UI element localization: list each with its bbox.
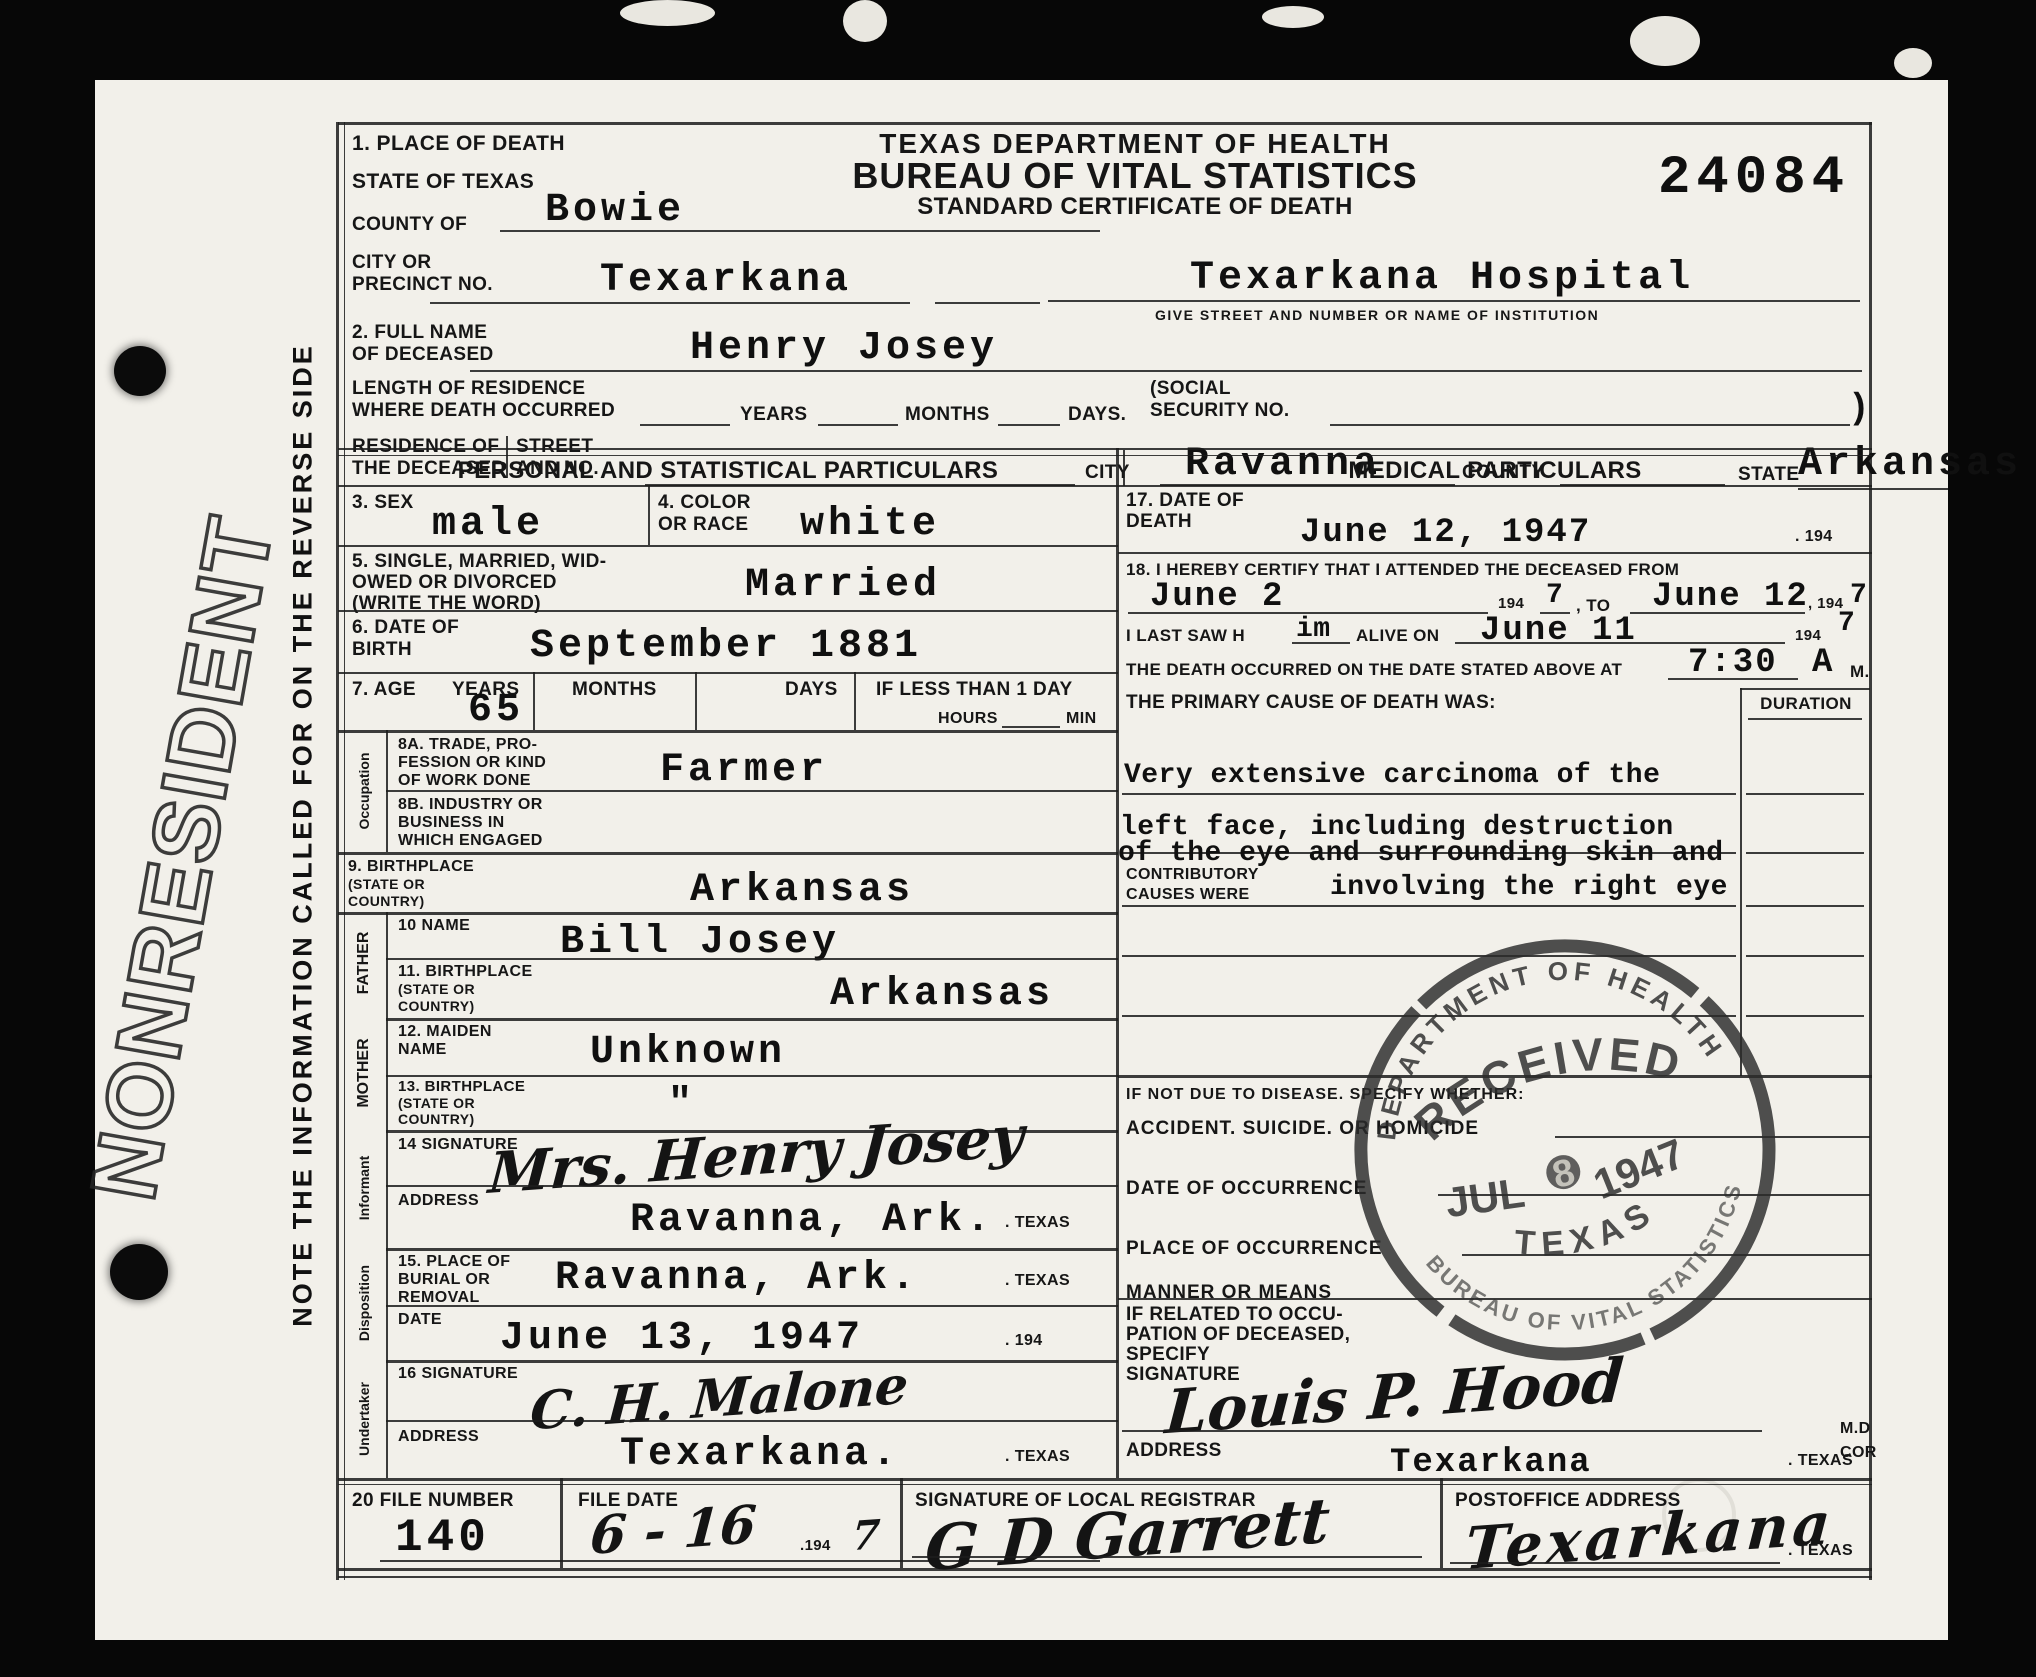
scan-smudge — [843, 0, 887, 42]
disposition-side-label: Disposition — [356, 1265, 372, 1341]
rule — [1292, 642, 1350, 644]
undertaker-addr-label: ADDRESS — [398, 1428, 479, 1446]
rule — [1462, 1254, 1870, 1256]
age-months-label: MONTHS — [572, 679, 657, 700]
form-border-top — [338, 122, 1872, 125]
ifnot-label: IF NOT DUE TO DISEASE. SPECIFY WHETHER: — [1126, 1086, 1524, 1104]
time-value: 7:30 — [1688, 644, 1778, 682]
occurred-label: THE DEATH OCCURRED ON THE DATE STATED AB… — [1126, 660, 1622, 679]
rule — [1122, 1015, 1736, 1017]
marital-label2: OWED OR DIVORCED — [352, 572, 557, 593]
contributory-label1: CONTRIBUTORY — [1126, 866, 1259, 884]
accident-label: ACCIDENT. SUICIDE. OR HOMICIDE — [1126, 1118, 1479, 1139]
footer-top-rule — [338, 1478, 1872, 1481]
year1-pre: 194 — [1498, 596, 1524, 613]
dod-label1: 17. DATE OF — [1126, 490, 1244, 511]
social-label2: SECURITY NO. — [1150, 400, 1290, 421]
primary-cause-label: THE PRIMARY CAUSE OF DEATH WAS: — [1126, 692, 1496, 713]
mother-bp-label3: COUNTRY) — [398, 1112, 475, 1128]
rule — [1122, 905, 1736, 907]
if-less-label: IF LESS THAN 1 DAY — [876, 679, 1073, 700]
form-border-bottom2 — [338, 1576, 1872, 1578]
rule — [338, 912, 1118, 915]
reverse-side-note: NOTE THE INFORMATION CALLED FOR ON THE R… — [288, 343, 319, 1327]
punch-hole — [110, 1244, 168, 1300]
res-state-rule — [1798, 488, 1948, 490]
attended-to-value: June 12 — [1652, 578, 1809, 616]
industry-label3: WHICH ENGAGED — [398, 832, 543, 850]
birthplace-label3: COUNTRY) — [348, 894, 425, 910]
m-label: M. — [1850, 662, 1870, 681]
rule — [1122, 955, 1736, 957]
informant-side-label: Informant — [356, 1156, 372, 1221]
burial-suffix: . TEXAS — [1005, 1272, 1070, 1290]
county-value: Bowie — [545, 188, 685, 233]
last-seen-value: June 11 — [1480, 612, 1637, 650]
days-rule — [998, 424, 1060, 426]
year3-value: 7 — [1838, 608, 1855, 639]
cause-line4: involving the right eye — [1330, 872, 1728, 903]
rule — [1668, 678, 1798, 680]
certificate-number: 24084 — [1658, 148, 1850, 209]
duration-rule — [1746, 905, 1864, 907]
section-title-personal: PERSONAL AND STATISTICAL PARTICULARS — [458, 458, 999, 485]
burial-label1: 15. PLACE OF — [398, 1253, 510, 1271]
related-label2: PATION OF DECEASED, — [1126, 1324, 1350, 1345]
sex-color-divider — [648, 485, 650, 545]
age-label: 7. AGE — [352, 679, 416, 700]
rule — [912, 1556, 1422, 1558]
duration-rule — [1746, 852, 1864, 854]
birth-label2: BIRTH — [352, 639, 412, 660]
maiden-value: Unknown — [590, 1030, 786, 1075]
months-label: MONTHS — [905, 404, 990, 425]
maiden-label2: NAME — [398, 1041, 447, 1059]
postoffice-suffix: . TEXAS — [1788, 1542, 1853, 1560]
social-rule — [1330, 424, 1850, 426]
social-paren: ) — [1848, 388, 1874, 429]
contributory-label2: CAUSES WERE — [1126, 886, 1250, 904]
rule — [338, 730, 1118, 733]
min-label: MIN — [1066, 710, 1097, 728]
year1-value: 7 — [1546, 580, 1563, 611]
physician-addr-label: ADDRESS — [1126, 1440, 1222, 1461]
related-label3: SPECIFY — [1126, 1344, 1210, 1365]
footer-divider — [1440, 1478, 1443, 1568]
undertaker-side-label: Undertaker — [356, 1382, 372, 1456]
cause-line3: of the eye and surrounding skin and — [1118, 838, 1724, 869]
md-label: M.D — [1840, 1420, 1871, 1438]
duration-box-left — [1740, 688, 1742, 1076]
undertaker-addr-suffix: . TEXAS — [1005, 1448, 1070, 1466]
date-occurrence-label: DATE OF OCCURRENCE — [1126, 1178, 1367, 1199]
scanned-death-certificate: NONRESIDENT NOTE THE INFORMATION CALLED … — [0, 0, 2036, 1677]
duration-rule — [1746, 1015, 1864, 1017]
place-occurrence-label: PLACE OF OCCURRENCE — [1126, 1238, 1383, 1259]
age-divider2 — [695, 672, 697, 730]
birth-label1: 6. DATE OF — [352, 617, 459, 638]
column-divider2 — [1123, 450, 1125, 486]
color-value: white — [800, 502, 940, 547]
dod-label2: DEATH — [1126, 511, 1192, 532]
rule — [386, 1305, 1118, 1307]
age-days-label: DAYS — [785, 679, 838, 700]
scan-smudge — [1894, 48, 1932, 78]
file-number-label: 20 FILE NUMBER — [352, 1490, 514, 1511]
file-date-year: 7 — [850, 1511, 881, 1560]
rule — [386, 1360, 1118, 1363]
attended-from-value: June 2 — [1150, 578, 1284, 616]
rule — [1118, 552, 1872, 554]
length-res-label2: WHERE DEATH OCCURRED — [352, 400, 615, 421]
bureau-header: BUREAU OF VITAL STATISTICS — [852, 156, 1417, 196]
file-date-year-pre: .194 — [800, 1538, 831, 1555]
industry-label1: 8B. INDUSTRY OR — [398, 796, 543, 814]
rule — [1555, 1136, 1870, 1138]
years-label: YEARS — [740, 404, 807, 425]
rule — [1122, 793, 1736, 795]
undertaker-sig-label: 16 SIGNATURE — [398, 1365, 518, 1383]
physician-addr-suffix: . TEXAS — [1788, 1452, 1853, 1470]
maiden-label1: 12. MAIDEN — [398, 1023, 492, 1041]
industry-label2: BUSINESS IN — [398, 814, 505, 832]
punch-hole — [114, 346, 166, 396]
rule — [386, 1075, 1118, 1077]
full-name-label2: OF DECEASED — [352, 344, 494, 365]
burial-date-suffix: . 194 — [1005, 1332, 1043, 1350]
city-value: Texarkana — [600, 258, 852, 303]
full-name-value: Henry Josey — [690, 326, 998, 371]
full-name-label1: 2. FULL NAME — [352, 322, 487, 343]
mother-side-label: MOTHER — [355, 1038, 373, 1107]
rule — [1118, 1298, 1872, 1300]
years-rule — [640, 424, 730, 426]
informant-addr-value: Ravanna, Ark. — [630, 1198, 994, 1243]
lastsaw-label1: I LAST SAW H — [1126, 626, 1245, 645]
burial-date-label: DATE — [398, 1311, 442, 1329]
mother-birthplace-ditto: " — [668, 1082, 696, 1127]
form-border-left — [336, 122, 339, 1580]
burial-place-value: Ravanna, Ark. — [555, 1256, 919, 1301]
sex-label: 3. SEX — [352, 492, 414, 513]
father-name-label: 10 NAME — [398, 917, 470, 935]
social-label1: (SOCIAL — [1150, 378, 1231, 399]
color-label1: 4. COLOR — [658, 492, 751, 513]
date-of-death-value: June 12, 1947 — [1300, 514, 1591, 552]
form-border-left-inner — [344, 122, 345, 1580]
burial-label2: BURIAL OR — [398, 1271, 490, 1289]
physician-addr-value: Texarkana — [1390, 1444, 1592, 1482]
city-rule2 — [935, 302, 1040, 304]
ampm-value: A — [1812, 644, 1834, 682]
him-value: im — [1296, 614, 1331, 645]
column-divider — [1116, 448, 1119, 1478]
certify-label: 18. I HEREBY CERTIFY THAT I ATTENDED THE… — [1126, 560, 1679, 579]
place-of-death-label: 1. PLACE OF DEATH — [352, 132, 565, 156]
mother-bp-label2: (STATE OR — [398, 1096, 475, 1112]
birthplace-label2: (STATE OR — [348, 877, 425, 893]
father-side-label: FATHER — [355, 932, 373, 995]
rule — [386, 1420, 1118, 1422]
duration-rule — [1746, 955, 1864, 957]
city-rule — [430, 302, 910, 304]
rule — [338, 545, 1118, 547]
rule — [1438, 1194, 1870, 1196]
rule — [1118, 485, 1872, 487]
side-cell-line — [386, 912, 388, 1478]
trade-label2: FESSION OR KIND — [398, 754, 546, 772]
footer-divider — [900, 1478, 903, 1568]
related-label1: IF RELATED TO OCCU- — [1126, 1304, 1343, 1325]
sex-value: male — [432, 502, 544, 547]
rule — [338, 485, 1118, 487]
cert-title: STANDARD CERTIFICATE OF DEATH — [917, 194, 1353, 221]
file-number-value: 140 — [395, 1512, 490, 1564]
rule — [1118, 1075, 1872, 1078]
duration-rule — [1746, 793, 1864, 795]
duration-box-top — [1740, 688, 1870, 690]
section-title-medical: MEDICAL PARTICULARS — [1348, 458, 1641, 485]
institution-caption: GIVE STREET AND NUMBER OR NAME OF INSTIT… — [1155, 308, 1599, 324]
form-border-right — [1869, 122, 1872, 1580]
institution-value: Texarkana Hospital — [1190, 256, 1694, 301]
rule — [1450, 1562, 1780, 1564]
father-bp-label3: COUNTRY) — [398, 999, 475, 1015]
months-rule — [818, 424, 898, 426]
rule — [338, 852, 1118, 855]
scan-smudge — [620, 0, 715, 26]
duration-underline — [1748, 718, 1862, 720]
file-date-value: 6 - 16 — [588, 1494, 758, 1567]
occupation-side-label: Occupation — [356, 752, 372, 829]
hours-label: HOURS — [938, 710, 998, 728]
year3-pre: 194 — [1795, 628, 1821, 645]
footer-divider — [560, 1478, 563, 1568]
trade-value: Farmer — [660, 748, 828, 793]
rule — [338, 672, 1118, 674]
section-band-rule1 — [338, 448, 1872, 450]
rule — [386, 790, 1118, 792]
undertaker-addr-value: Texarkana. — [620, 1432, 900, 1477]
year2-value: 7 — [1850, 580, 1867, 611]
rule — [338, 610, 1118, 612]
burial-date-value: June 13, 1947 — [500, 1316, 864, 1361]
cause-line1: Very extensive carcinoma of the — [1124, 760, 1660, 791]
county-rule — [500, 230, 1100, 232]
scan-smudge — [1262, 6, 1324, 28]
hours-rule — [1002, 726, 1060, 728]
section-band-rule2 — [338, 455, 1872, 456]
institution-rule — [1048, 300, 1860, 302]
informant-addr-suffix: . TEXAS — [1005, 1214, 1070, 1232]
age-divider1 — [533, 672, 535, 730]
age-value: 65 — [468, 688, 524, 733]
rule — [386, 1018, 1118, 1021]
mother-bp-label1: 13. BIRTHPLACE — [398, 1079, 525, 1096]
dod-suffix: . 194 — [1795, 528, 1833, 546]
birthplace-label1: 9. BIRTHPLACE — [348, 858, 474, 876]
father-bp-label2: (STATE OR — [398, 982, 475, 998]
rule — [1630, 612, 1805, 614]
city-precinct-label1: CITY OR — [352, 252, 432, 273]
father-bp-label1: 11. BIRTHPLACE — [398, 963, 533, 981]
state-of-texas-label: STATE OF TEXAS — [352, 170, 534, 194]
scan-smudge — [1630, 16, 1700, 66]
days-label: DAYS. — [1068, 404, 1126, 425]
rule — [386, 1248, 1118, 1251]
length-res-label1: LENGTH OF RESIDENCE — [352, 378, 586, 399]
manner-label: MANNER OR MEANS — [1126, 1282, 1332, 1303]
rule — [386, 958, 1118, 960]
father-birthplace-value: Arkansas — [830, 972, 1054, 1017]
age-divider3 — [854, 672, 856, 730]
rule — [1122, 1430, 1762, 1432]
color-label2: OR RACE — [658, 514, 748, 535]
marital-label1: 5. SINGLE, MARRIED, WID- — [352, 551, 607, 572]
trade-label3: OF WORK DONE — [398, 772, 531, 790]
marital-value: Married — [745, 563, 941, 608]
footer-top-rule2 — [338, 1484, 1872, 1485]
res-state-label: STATE — [1738, 464, 1799, 485]
full-name-rule — [470, 370, 1862, 372]
city-precinct-label2: PRECINCT NO. — [352, 274, 493, 295]
informant-addr-label: ADDRESS — [398, 1192, 479, 1210]
duration-label: DURATION — [1760, 694, 1852, 713]
birth-date-value: September 1881 — [530, 624, 922, 669]
trade-label1: 8A. TRADE, PRO- — [398, 736, 537, 754]
county-of-label: COUNTY OF — [352, 214, 467, 235]
lastsaw-label2: ALIVE ON — [1356, 626, 1440, 645]
birthplace-value: Arkansas — [690, 868, 914, 913]
rule — [386, 1185, 1118, 1187]
